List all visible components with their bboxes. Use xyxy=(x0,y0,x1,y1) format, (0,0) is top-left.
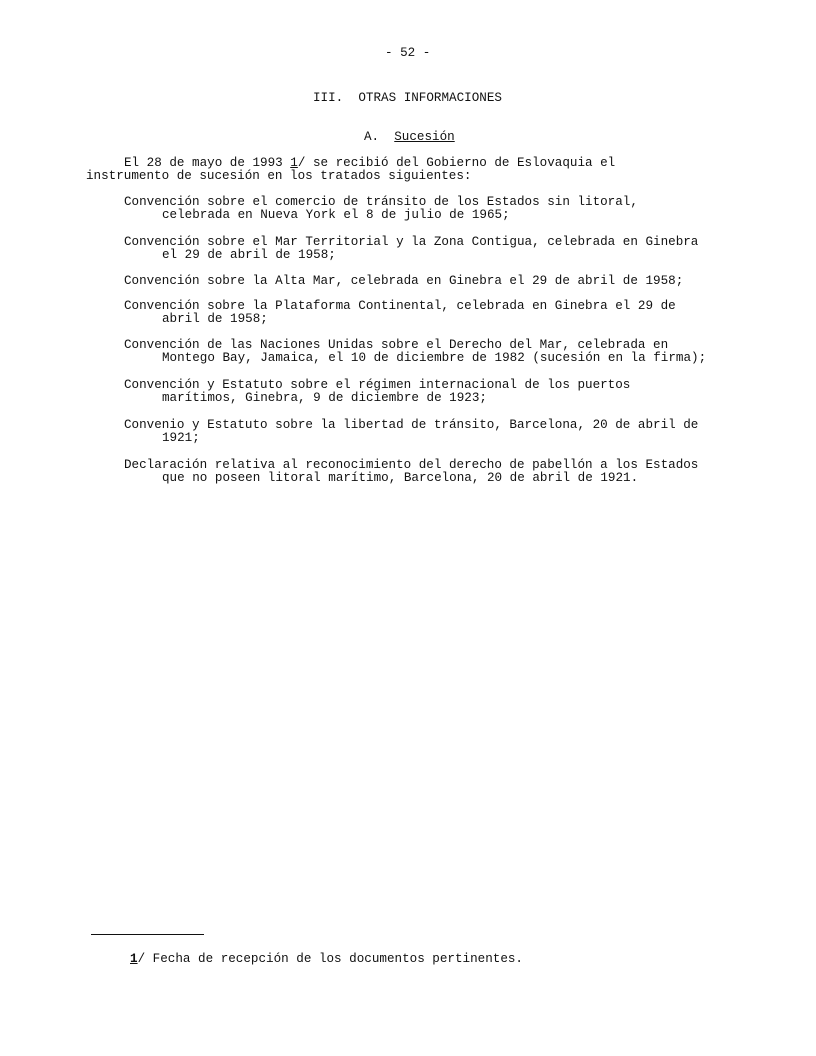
treaty-item: Convención sobre el comercio de tránsito… xyxy=(124,196,638,222)
treaty-item: Convención sobre la Plataforma Continent… xyxy=(124,300,676,326)
treaty-item: Convención sobre el Mar Territorial y la… xyxy=(124,236,698,262)
footnote: 1/ Fecha de recepción de los documentos … xyxy=(130,953,523,966)
treaty-line: Convención sobre el comercio de tránsito… xyxy=(124,195,638,209)
footnote-divider xyxy=(91,934,204,935)
subsection-title: Sucesión xyxy=(394,130,454,144)
footnote-text: / Fecha de recepción de los documentos p… xyxy=(138,952,523,966)
treaty-line: 1921; xyxy=(124,432,698,445)
footnote-marker: 1 xyxy=(130,952,138,966)
treaty-item: Convención sobre la Alta Mar, celebrada … xyxy=(124,275,683,288)
treaty-line: Convención sobre la Plataforma Continent… xyxy=(124,299,676,313)
subsection-heading: A. Sucesión xyxy=(364,131,455,144)
intro-line2: instrumento de sucesión en los tratados … xyxy=(86,170,615,183)
footnote-ref: 1 xyxy=(290,156,298,170)
treaty-item: Convención de las Naciones Unidas sobre … xyxy=(124,339,706,365)
treaty-line: Montego Bay, Jamaica, el 10 de diciembre… xyxy=(124,352,706,365)
subsection-letter: A. xyxy=(364,130,379,144)
section-heading: III. OTRAS INFORMACIONES xyxy=(313,92,502,105)
treaty-item: Convención y Estatuto sobre el régimen i… xyxy=(124,379,630,405)
treaty-line: celebrada en Nueva York el 8 de julio de… xyxy=(124,209,638,222)
treaty-line: Convención sobre el Mar Territorial y la… xyxy=(124,235,698,249)
page-number: - 52 - xyxy=(385,47,430,60)
treaty-line: Declaración relativa al reconocimiento d… xyxy=(124,458,698,472)
treaty-item: Declaración relativa al reconocimiento d… xyxy=(124,459,698,485)
intro-paragraph: El 28 de mayo de 1993 1/ se recibió del … xyxy=(86,157,615,183)
treaty-line: Convenio y Estatuto sobre la libertad de… xyxy=(124,418,698,432)
treaty-line: Convención de las Naciones Unidas sobre … xyxy=(124,338,668,352)
treaty-line: marítimos, Ginebra, 9 de diciembre de 19… xyxy=(124,392,630,405)
intro-text: El 28 de mayo de 1993 xyxy=(124,156,290,170)
treaty-line: Convención sobre la Alta Mar, celebrada … xyxy=(124,274,683,288)
treaty-line: Convención y Estatuto sobre el régimen i… xyxy=(124,378,630,392)
treaty-item: Convenio y Estatuto sobre la libertad de… xyxy=(124,419,698,445)
intro-text-2: / se recibió del Gobierno de Eslovaquia … xyxy=(298,156,615,170)
treaty-line: que no poseen litoral marítimo, Barcelon… xyxy=(124,472,698,485)
treaty-line: abril de 1958; xyxy=(124,313,676,326)
treaty-line: el 29 de abril de 1958; xyxy=(124,249,698,262)
